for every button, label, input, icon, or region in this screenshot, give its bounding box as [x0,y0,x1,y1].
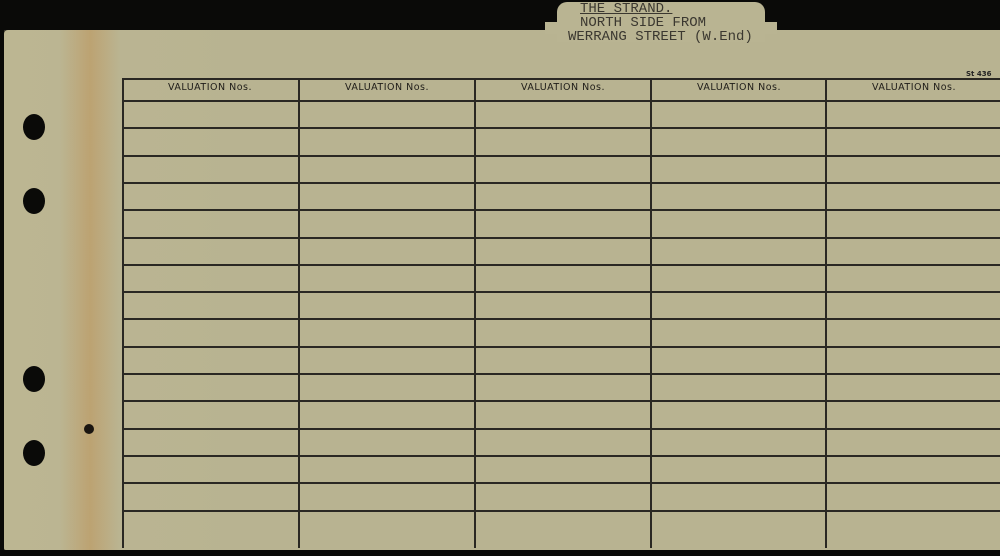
column-divider [825,78,827,548]
row-rule [122,346,1000,348]
table-left-border [122,78,124,548]
row-rule [122,237,1000,239]
water-stain [60,30,120,550]
row-rule [122,400,1000,402]
column-divider [298,78,300,548]
column-header: VALUATION Nos. [651,82,827,100]
row-rule [122,264,1000,266]
column-divider [474,78,476,548]
row-rule [122,127,1000,129]
punch-hole [23,440,45,466]
punch-hole [23,366,45,392]
row-rule [122,155,1000,157]
table-top-border [122,78,1000,80]
column-header: VALUATION Nos. [299,82,475,100]
row-rule [122,291,1000,293]
tab-shoulder-right [763,22,777,34]
row-rule [122,182,1000,184]
row-rule [122,510,1000,512]
column-header: VALUATION Nos. [826,82,1000,100]
row-rule [122,100,1000,102]
row-rule [122,428,1000,430]
tab-label: THE STRAND. NORTH SIDE FROM WERRANG STRE… [568,2,753,44]
column-divider [650,78,652,548]
row-rule [122,318,1000,320]
punch-hole [23,114,45,140]
valuation-table: VALUATION Nos. VALUATION Nos. VALUATION … [122,78,1000,548]
row-rule [122,482,1000,484]
column-header: VALUATION Nos. [122,82,298,100]
punch-hole [23,188,45,214]
column-header: VALUATION Nos. [475,82,651,100]
street-side: NORTH SIDE FROM [580,16,753,30]
ink-spot [84,424,94,434]
street-section: WERRANG STREET (W.End) [568,30,753,44]
street-name: THE STRAND. [580,2,753,16]
form-number: St 436 [966,70,991,78]
row-rule [122,209,1000,211]
row-rule [122,373,1000,375]
row-rule [122,455,1000,457]
